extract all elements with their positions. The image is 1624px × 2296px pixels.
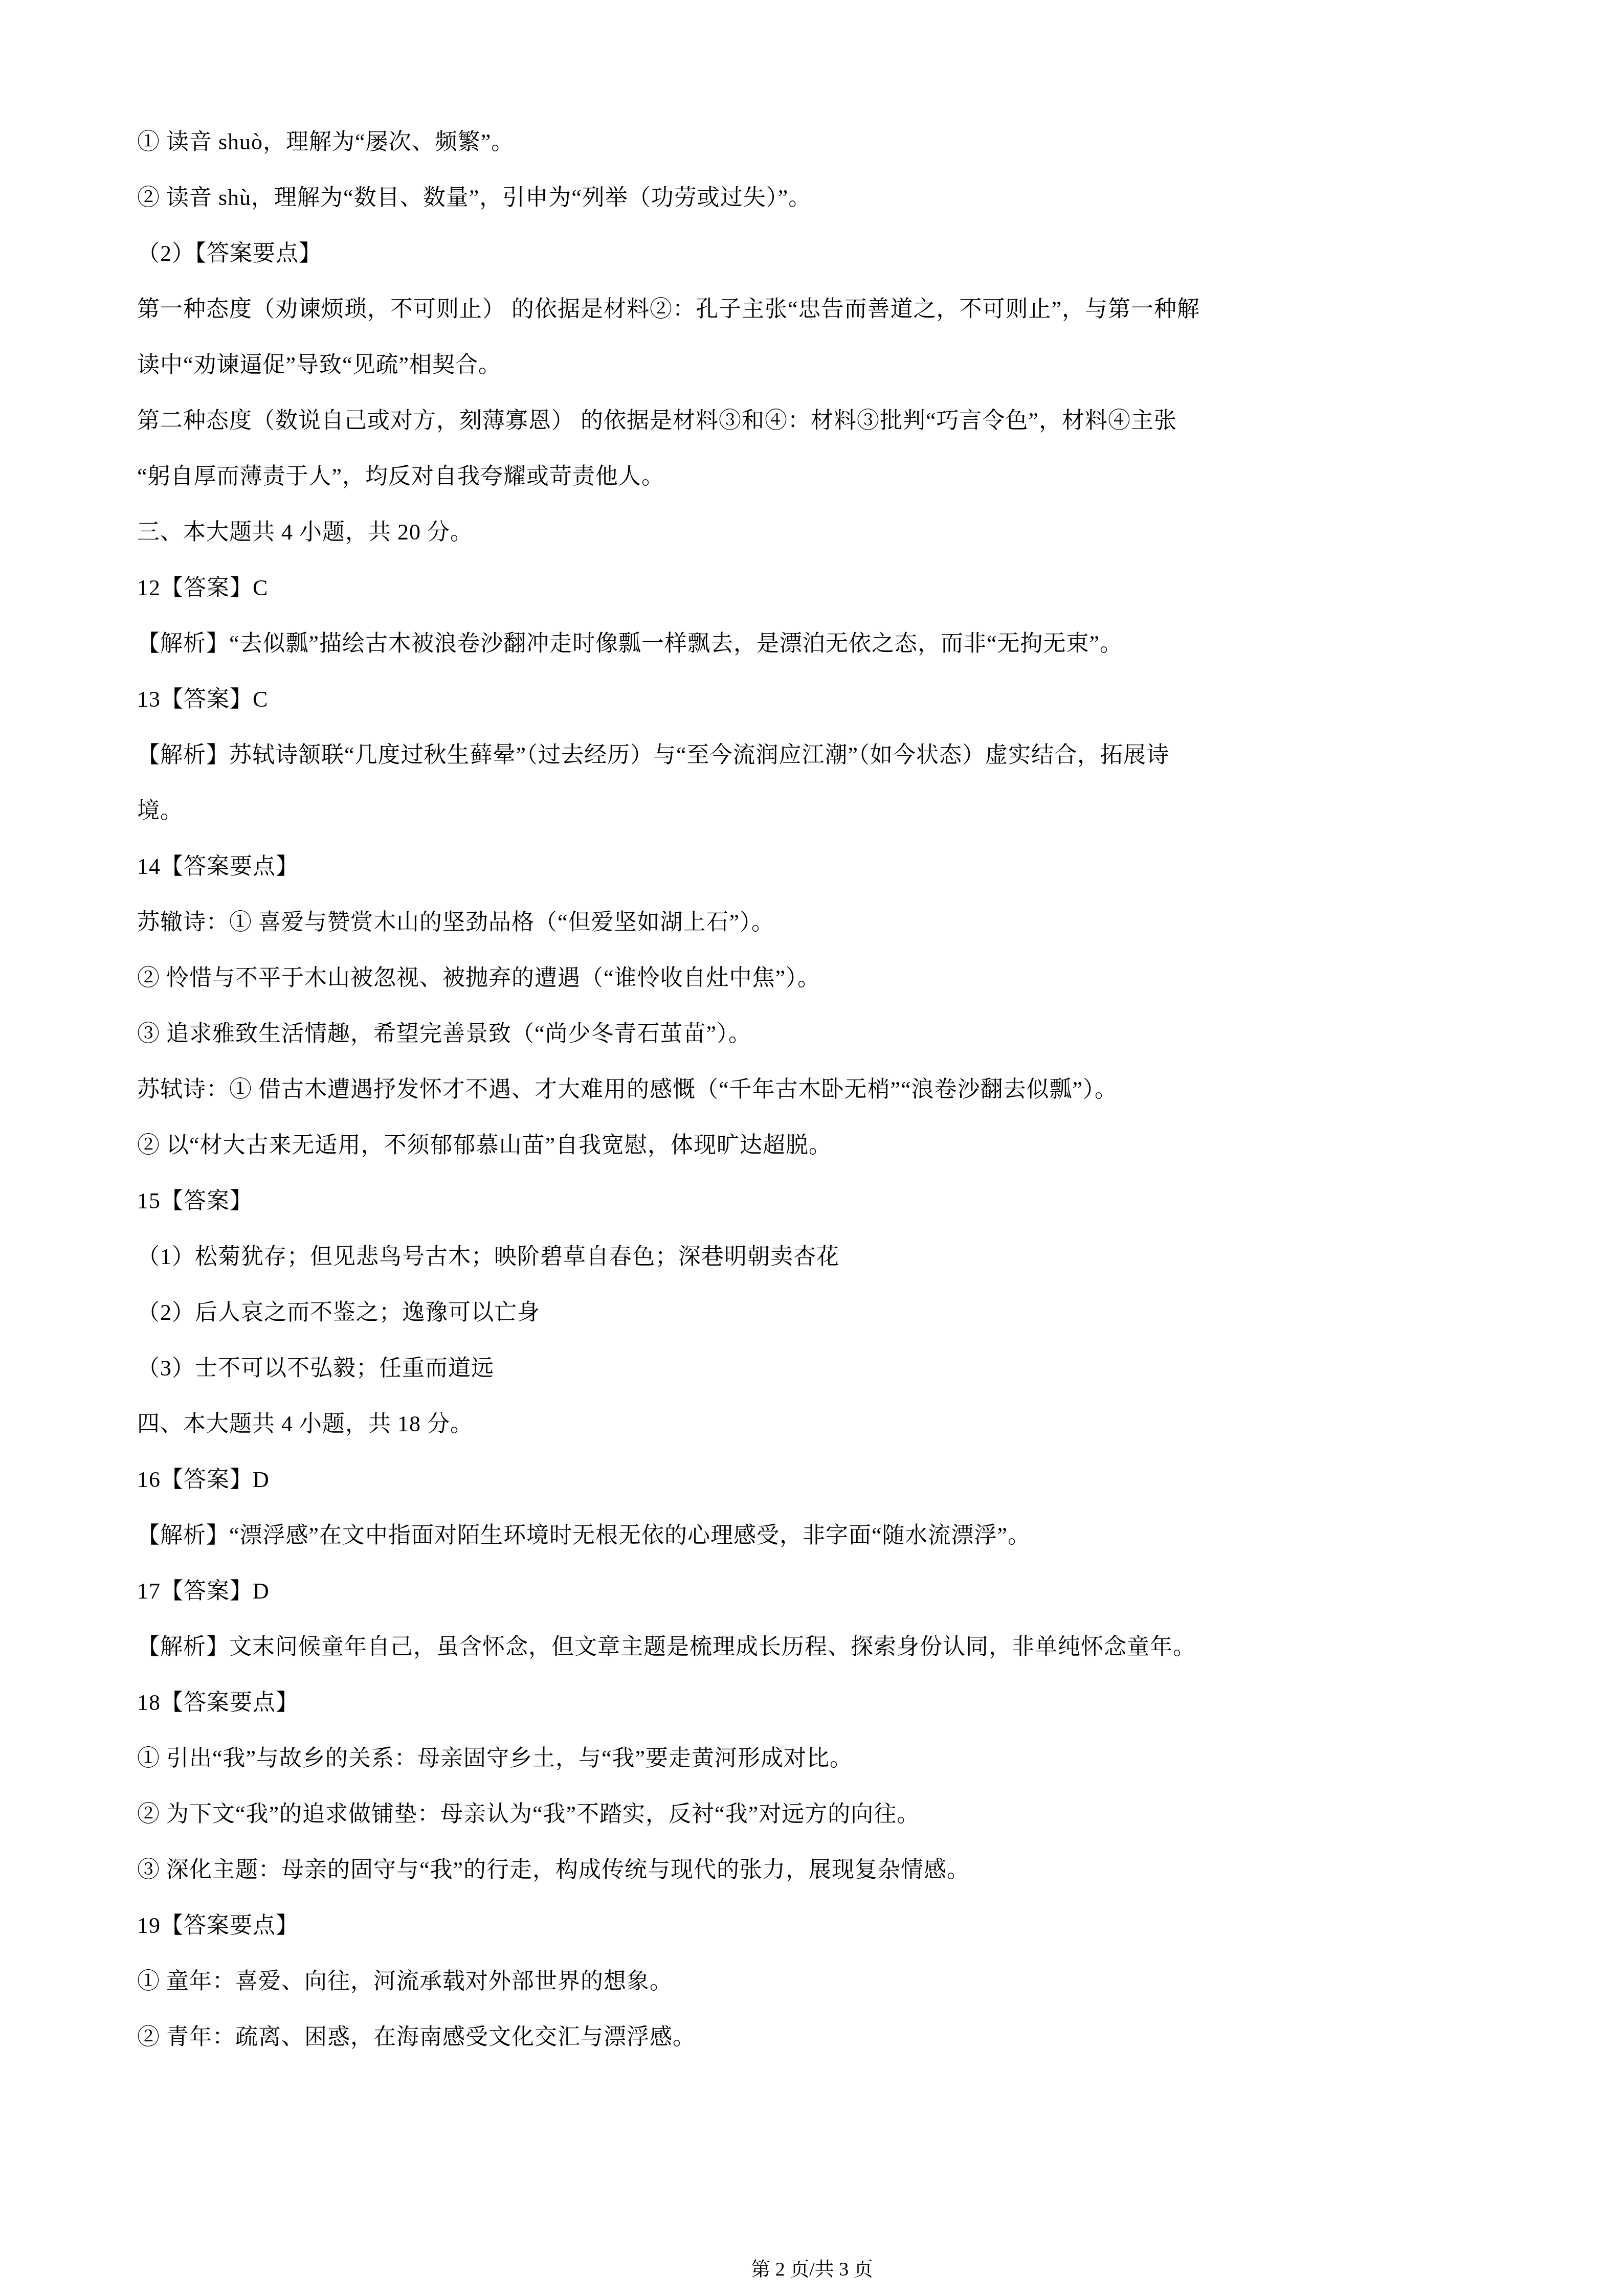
attitude1-line2: 读中“劝谏逼促”导致“见疏”相契合。 bbox=[137, 337, 1508, 393]
page-number-footer: 第 2 页/共 3 页 bbox=[0, 2256, 1624, 2283]
answer-key-page: ① 读音 shuò，理解为“屡次、频繁”。 ② 读音 shù，理解为“数目、数量… bbox=[0, 0, 1624, 2296]
q14-suzhe-point3: ③ 追求雅致生活情趣，希望完善景致（“尚少冬青石茧苗”）。 bbox=[137, 1006, 1508, 1062]
q15-item3: （3）士不可以不弘毅；任重而道远 bbox=[137, 1340, 1508, 1396]
q17-analysis: 【解析】文末问候童年自己，虽含怀念，但文章主题是梳理成长历程、探索身份认同，非单… bbox=[137, 1619, 1508, 1675]
q13-analysis-line1: 【解析】苏轼诗颔联“几度过秋生藓晕”（过去经历）与“至今流润应江潮”（如今状态）… bbox=[137, 727, 1508, 783]
q14-sushi-point2: ② 以“材大古来无适用，不须郁郁慕山苗”自我宽慰，体现旷达超脱。 bbox=[137, 1117, 1508, 1173]
q14-suzhe-point2: ② 怜惜与不平于木山被忽视、被抛弃的遭遇（“谁怜收自灶中焦”）。 bbox=[137, 950, 1508, 1006]
q18-point1: ① 引出“我”与故乡的关系：母亲固守乡土，与“我”要走黄河形成对比。 bbox=[137, 1730, 1508, 1786]
q11-2-answer-key-heading: （2）【答案要点】 bbox=[137, 226, 1508, 281]
document-body: ① 读音 shuò，理解为“屡次、频繁”。 ② 读音 shù，理解为“数目、数量… bbox=[137, 114, 1508, 2065]
q17-answer: 17【答案】D bbox=[137, 1563, 1508, 1619]
section-3-heading: 三、本大题共 4 小题，共 20 分。 bbox=[137, 504, 1508, 560]
q19-point2: ② 青年：疏离、困惑，在海南感受文化交汇与漂浮感。 bbox=[137, 2009, 1508, 2065]
q15-item1: （1）松菊犹存；但见悲鸟号古木；映阶碧草自春色；深巷明朝卖杏花 bbox=[137, 1229, 1508, 1285]
q13-answer: 13【答案】C bbox=[137, 671, 1508, 727]
q12-answer: 12【答案】C bbox=[137, 560, 1508, 616]
q14-sushi-point1: 苏轼诗：① 借古木遭遇抒发怀才不遇、才大难用的感慨（“千年古木卧无梢”“浪卷沙翻… bbox=[137, 1062, 1508, 1117]
q14-answer-key-heading: 14【答案要点】 bbox=[137, 839, 1508, 894]
q16-analysis: 【解析】“漂浮感”在文中指面对陌生环境时无根无依的心理感受，非字面“随水流漂浮”… bbox=[137, 1507, 1508, 1563]
attitude1-line1: 第一种态度（劝谏烦琐，不可则止） 的依据是材料②：孔子主张“忠告而善道之，不可则… bbox=[137, 281, 1508, 337]
q15-item2: （2）后人哀之而不鉴之；逸豫可以亡身 bbox=[137, 1285, 1508, 1340]
q19-point1: ① 童年：喜爱、向往，河流承载对外部世界的想象。 bbox=[137, 1953, 1508, 2009]
q11-point-shuo: ① 读音 shuò，理解为“屡次、频繁”。 bbox=[137, 114, 1508, 170]
q11-point-shu: ② 读音 shù，理解为“数目、数量”，引申为“列举（功劳或过失）”。 bbox=[137, 170, 1508, 226]
attitude2-line2: “躬自厚而薄责于人”，均反对自我夸耀或苛责他人。 bbox=[137, 448, 1508, 504]
q19-answer-key-heading: 19【答案要点】 bbox=[137, 1898, 1508, 1953]
q14-suzhe-point1: 苏辙诗：① 喜爱与赞赏木山的坚劲品格（“但爱坚如湖上石”）。 bbox=[137, 894, 1508, 950]
section-4-heading: 四、本大题共 4 小题，共 18 分。 bbox=[137, 1396, 1508, 1452]
q18-answer-key-heading: 18【答案要点】 bbox=[137, 1675, 1508, 1730]
q12-analysis: 【解析】“去似瓢”描绘古木被浪卷沙翻冲走时像瓢一样飘去，是漂泊无依之态，而非“无… bbox=[137, 616, 1508, 671]
q18-point3: ③ 深化主题：母亲的固守与“我”的行走，构成传统与现代的张力，展现复杂情感。 bbox=[137, 1842, 1508, 1898]
attitude2-line1: 第二种态度（数说自己或对方，刻薄寡恩） 的依据是材料③和④：材料③批判“巧言令色… bbox=[137, 393, 1508, 448]
q16-answer: 16【答案】D bbox=[137, 1452, 1508, 1507]
q13-analysis-line2: 境。 bbox=[137, 783, 1508, 839]
q15-answer-heading: 15【答案】 bbox=[137, 1173, 1508, 1229]
q18-point2: ② 为下文“我”的追求做铺垫：母亲认为“我”不踏实，反衬“我”对远方的向往。 bbox=[137, 1786, 1508, 1842]
